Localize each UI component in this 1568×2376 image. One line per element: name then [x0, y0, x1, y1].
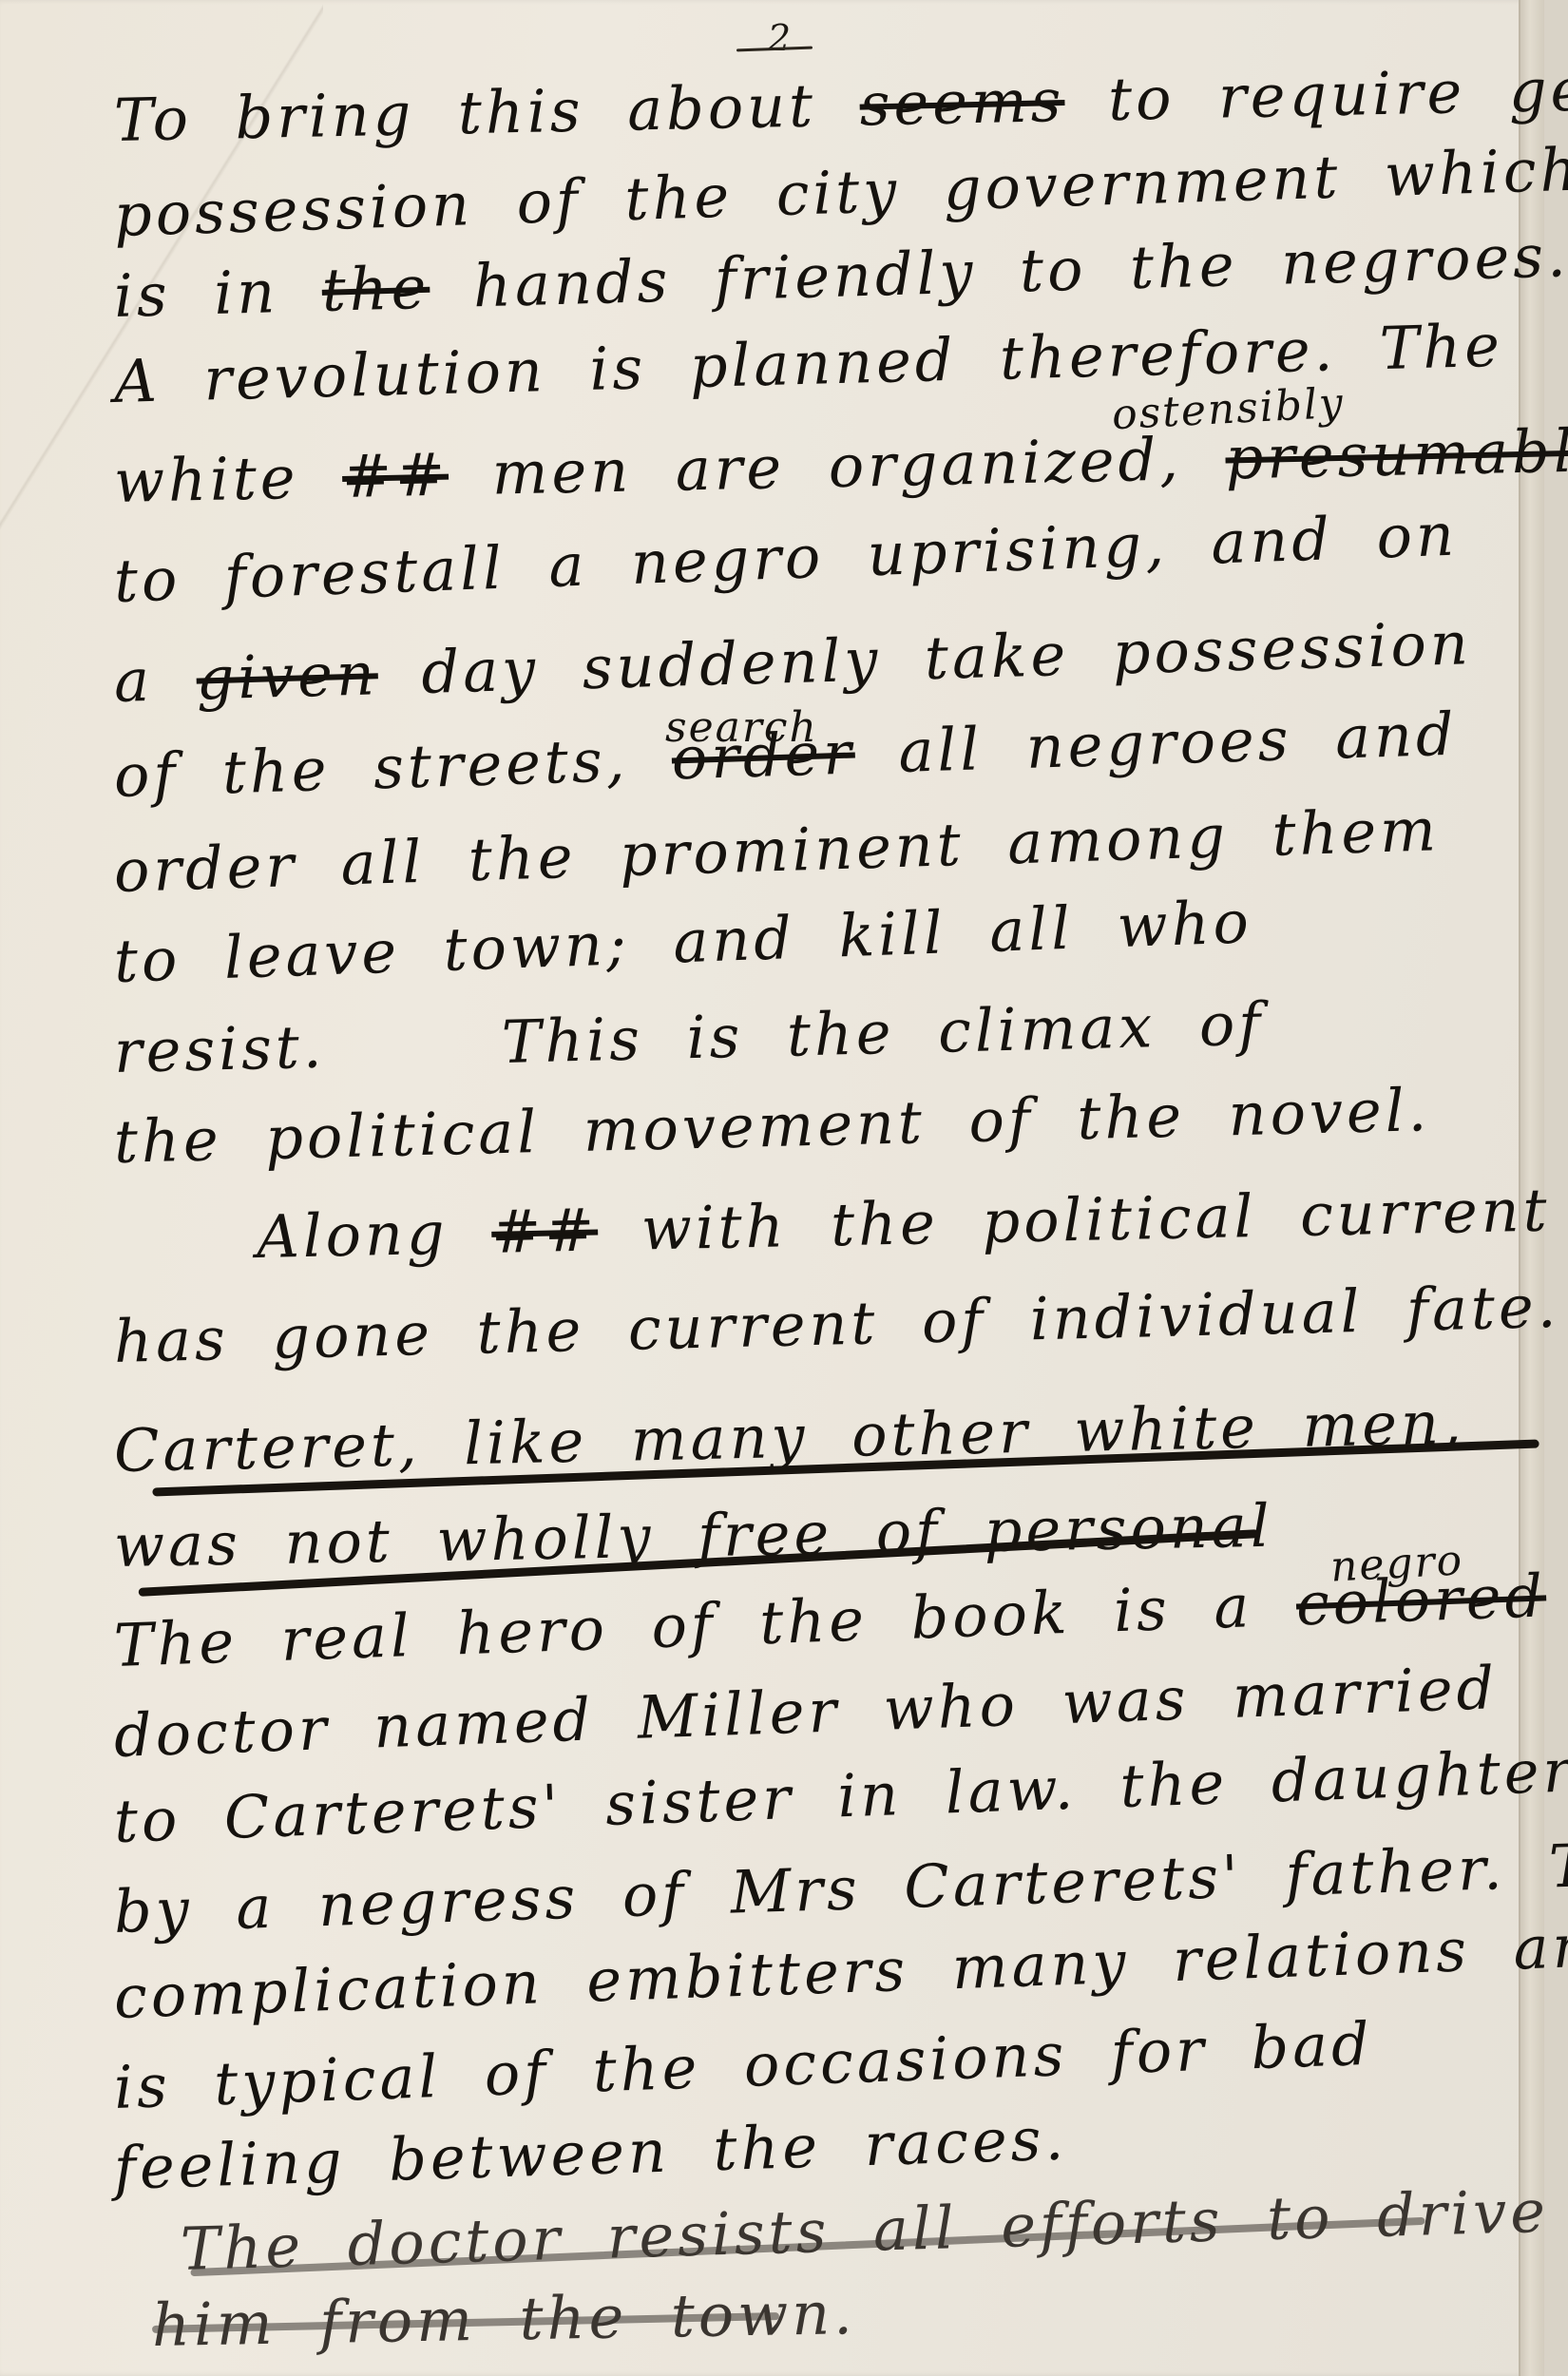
manuscript-line-5: white ## men are organized, presumably — [113, 417, 1511, 516]
struck-word: ## — [490, 1195, 598, 1266]
line-text: has gone the current of individual fate. — [113, 1272, 1560, 1376]
line-text: resist. — [113, 1012, 326, 1086]
line-text: with the political current — [641, 1175, 1551, 1263]
manuscript-page: 2 To bring this about seems to require g… — [0, 0, 1544, 2376]
line-text: white — [113, 443, 299, 516]
manuscript-line-14: has gone the current of individual fate. — [113, 1273, 1511, 1376]
line-text: all negroes and — [897, 699, 1458, 786]
manuscript-line-13: Along ## with the political current — [256, 1176, 1511, 1272]
line-text: hands friendly to the negroes. — [472, 220, 1568, 320]
manuscript-line-7: a given day suddenly take possession — [113, 607, 1511, 716]
manuscript-line-11: resist. This is the climax of — [113, 983, 1511, 1086]
struck-word: the — [321, 253, 431, 325]
line-text: This is the climax of — [501, 988, 1265, 1077]
struck-word: presumably — [1225, 415, 1568, 493]
line-text: To bring this about — [113, 71, 816, 155]
struck-word: colored — [1295, 1561, 1548, 1638]
line-text: day suddenly take possession — [420, 608, 1472, 707]
line-text: the political movement of the novel. — [113, 1075, 1431, 1177]
line-text: is in — [113, 257, 279, 331]
manuscript-line-16-struck: was not wholly free of personal — [113, 1486, 1511, 1581]
line-text: to leave town; and kill all who — [113, 887, 1253, 996]
line-text: Along — [256, 1198, 449, 1272]
struck-word: order — [671, 719, 856, 794]
line-text: of the streets, — [113, 725, 629, 811]
struck-word: given — [196, 639, 379, 713]
struck-word: ## — [341, 440, 449, 511]
page-number: 2 — [741, 17, 817, 59]
line-text: men are organized, — [491, 424, 1183, 508]
line-text: to require getting — [1107, 51, 1568, 134]
line-text: a — [113, 645, 154, 716]
line-text: to forestall a negro uprising, and on — [113, 500, 1459, 616]
manuscript-line-12: the political movement of the novel. — [113, 1073, 1511, 1177]
manuscript-line-6: to forestall a negro uprising, and on — [113, 498, 1512, 616]
manuscript-line-1: To bring this about seems to require get… — [113, 56, 1511, 155]
line-text: feeling between the races. — [113, 2103, 1068, 2202]
struck-word: seems — [859, 66, 1065, 140]
